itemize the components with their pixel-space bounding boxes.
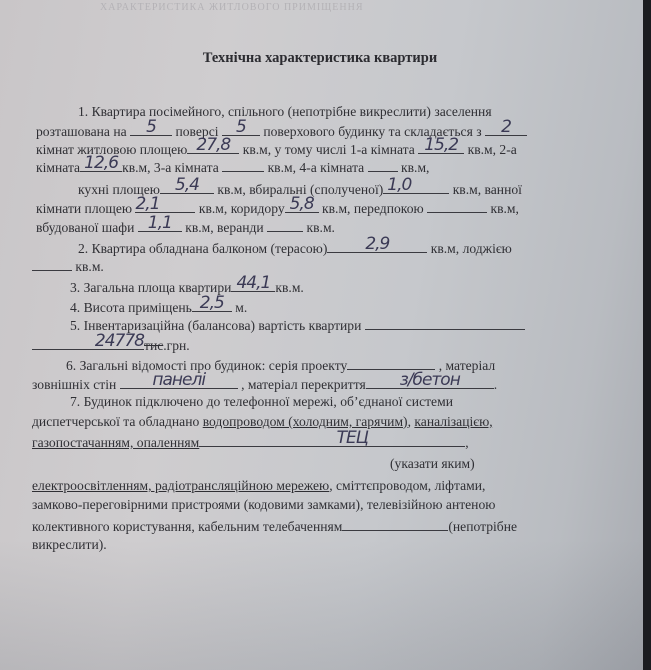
room2-field[interactable]: 12,6: [80, 158, 122, 172]
rooms-field[interactable]: 2: [485, 122, 527, 136]
heating-field[interactable]: ТЕЦ: [199, 433, 465, 447]
total-area-field[interactable]: 44,1: [231, 278, 275, 292]
s5-line2: 24778тис.грн.: [32, 336, 190, 354]
s7-line1: 7. Будинок підключено до телефонної мере…: [70, 394, 630, 410]
series-field[interactable]: [347, 356, 435, 370]
balcony-field[interactable]: 2,9: [327, 239, 427, 253]
loggia-field[interactable]: [32, 257, 72, 271]
s6-line2: зовнішніх стін панелі , матеріал перекри…: [32, 375, 497, 393]
ceiling-material-field[interactable]: з/бетон: [366, 375, 494, 389]
s7-hint: (указати яким): [390, 456, 475, 472]
hallway-field[interactable]: [427, 199, 487, 213]
s7-line2: диспетчерської та обладнано водопроводом…: [32, 414, 493, 430]
value-field-top[interactable]: [365, 316, 525, 330]
corridor-field[interactable]: 5,8: [285, 199, 319, 213]
photo-dark-edge: [643, 0, 651, 670]
kitchen-field[interactable]: 5,4: [160, 180, 214, 194]
page-title: Технічна характеристика квартири: [0, 50, 640, 67]
floors-total-field[interactable]: 5: [222, 122, 260, 136]
closet-field[interactable]: 1,1: [138, 218, 182, 232]
bathroom-field[interactable]: 2,1: [135, 199, 195, 213]
s2-line2: кв.м.: [32, 257, 104, 275]
toilet-field[interactable]: 1,0: [383, 180, 449, 194]
s2-line1: 2. Квартира обладнана балконом (терасою)…: [78, 239, 512, 257]
room1-field[interactable]: 15,2: [418, 140, 464, 154]
s1-line6: кімнати площею 2,1 кв.м, коридору5,8 кв.…: [36, 199, 519, 217]
s1-line7: вбудованої шафи 1,1 кв.м, веранди кв.м.: [36, 218, 335, 236]
faded-bleedthrough-text: ХАРАКТЕРИСТИКА ЖИТЛОВОГО ПРИМІЩЕННЯ: [100, 2, 550, 12]
s7-line7: викреслити).: [32, 537, 107, 553]
s3-total-area: 3. Загальна площа квартири44,1кв.м.: [70, 278, 304, 296]
s4-height: 4. Висота приміщень2,5 м.: [70, 298, 247, 316]
s7-line3: газопостачанням, опаленнямТЕЦ,: [32, 433, 469, 451]
room4-field[interactable]: [368, 158, 398, 172]
inventory-value-field[interactable]: 24778: [32, 336, 144, 350]
height-field[interactable]: 2,5: [192, 298, 232, 312]
floor-field[interactable]: 5: [130, 122, 172, 136]
wall-material-field[interactable]: панелі: [120, 375, 238, 389]
s7-line6: колективного користування, кабельним тел…: [32, 517, 517, 535]
veranda-field[interactable]: [267, 218, 303, 232]
s1-line4: кімната12,6кв.м, 3-а кімната кв.м, 4-а к…: [36, 158, 429, 176]
s7-line5: замково-переговірними пристроями (кодови…: [32, 497, 495, 513]
photo-shadow: [0, 540, 651, 670]
cable-tv-field[interactable]: [342, 517, 448, 531]
s7-line4: електроосвітленням, радіотрансляційною м…: [32, 478, 485, 494]
living-area-field[interactable]: 27,8: [187, 140, 239, 154]
room3-field[interactable]: [222, 158, 264, 172]
